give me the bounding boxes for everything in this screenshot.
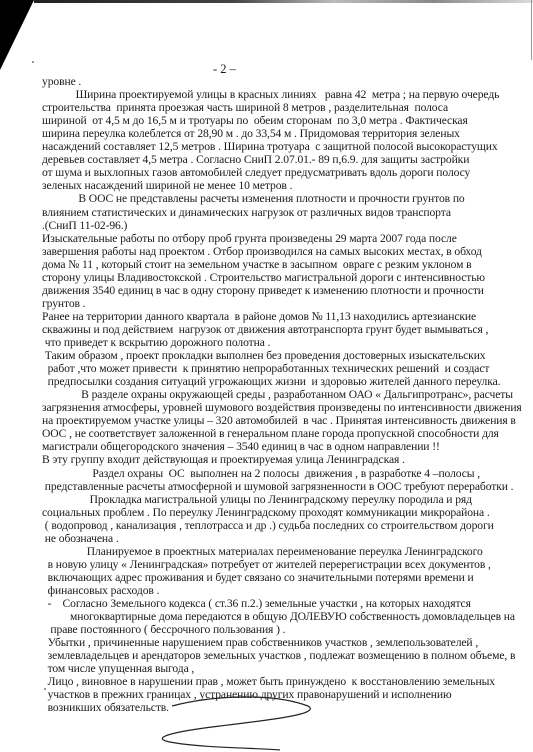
text-line: строительства принята проезжая часть шир… (42, 101, 448, 114)
text-line: Убытки , причиненные нарушением прав соб… (42, 636, 478, 649)
text-line: том числе упущенная выгода , (42, 662, 194, 675)
text-line: дома № 11 , который стоит на земельном у… (42, 258, 472, 271)
signature (150, 690, 330, 752)
text-line: многоквартирные дома передаются в общую … (42, 610, 515, 623)
text-line: скважины и под действием нагрузок от дви… (42, 323, 488, 336)
scan-speck (32, 61, 34, 63)
text-line: социальных проблем . По переулку Ленингр… (42, 506, 490, 519)
text-line: в новую улицу « Ленинградская» потребует… (42, 558, 491, 571)
text-line: насаждений составляет 12,5 метров . Шири… (42, 140, 498, 153)
text-line: от шума и выхлопных газов автомобилей сл… (42, 166, 470, 179)
text-line: Ширина проектируемой улицы в красных лин… (42, 88, 499, 101)
text-line: - Согласно Земельного кодекса ( ст.36 п.… (42, 597, 471, 610)
scan-border-right (531, 0, 532, 60)
text-line: деревьев составляет 4,5 метра . Согласно… (42, 153, 469, 166)
text-line: Лицо , виновное в нарушении прав , может… (42, 675, 495, 688)
text-line: что приведет к вскрытию дорожного полотн… (42, 336, 270, 349)
text-line: ООС , не соответствует заложенной в гене… (42, 427, 499, 440)
text-line: загрязнения атмосферы, уровней шумового … (42, 401, 522, 414)
text-line: Прокладка магистральной улицы по Ленингр… (42, 493, 472, 506)
text-line: шириной от 4,5 м до 16,5 м и тротуары по… (42, 114, 468, 127)
text-line: движения 3540 единиц в час в одну сторон… (42, 284, 484, 297)
scan-border-corner (0, 0, 34, 70)
text-line: представленные расчеты атмосферной и шум… (42, 480, 513, 493)
text-line: Изыскательные работы по отбору проб грун… (42, 232, 457, 245)
text-line: землевладельцев и арендаторов земельных … (42, 649, 515, 662)
text-line: грунтов . (42, 297, 85, 310)
text-line: праве постоянного ( бессрочного пользова… (42, 623, 285, 636)
text-line: ( водопровод , канализация , теплотрасса… (42, 519, 494, 532)
text-line: В ООС не представлены расчеты изменения … (42, 192, 465, 205)
text-line: В эту группу входит действующая и проект… (42, 453, 405, 466)
text-line: влиянием статистических и динамических н… (42, 206, 451, 219)
text-line: сторону улицы Владивостокской . Строител… (42, 271, 485, 284)
text-line: на проектируемом участке улицы – 320 авт… (42, 414, 516, 427)
text-line: Таким образом , проект прокладки выполне… (42, 349, 486, 362)
text-line: Планируемое в проектных материалах переи… (42, 545, 483, 558)
text-line: включающих адрес проживания и будет связ… (42, 571, 474, 584)
text-line: завершения работы над проектом . Отбор п… (42, 245, 482, 258)
text-line: Ранее на территории данного квартала в р… (42, 310, 476, 323)
page-number: - 2 – (213, 62, 236, 77)
text-line: финансовых расходов . (42, 584, 159, 597)
text-line: предпосылки создания ситуаций угрожающих… (42, 375, 500, 388)
text-line: Раздел охраны ОС выполнен на 2 полосы дв… (42, 467, 480, 480)
text-line: магистрали общегородского значения – 354… (42, 440, 440, 453)
scan-border-top (34, 0, 533, 3)
text-line: зеленых насаждений шириной не менее 10 м… (42, 179, 292, 192)
text-line: ширина переулка колеблется от 28,90 м . … (42, 127, 460, 140)
text-line: уровне . (42, 75, 81, 88)
text-line: не обозначена . (42, 532, 119, 545)
text-line: .(СниП 11-02-96.) (42, 219, 127, 232)
text-line: В разделе охраны окружающей среды , разр… (42, 388, 513, 401)
text-line: работ ,что может привести к принятию неп… (42, 362, 489, 375)
